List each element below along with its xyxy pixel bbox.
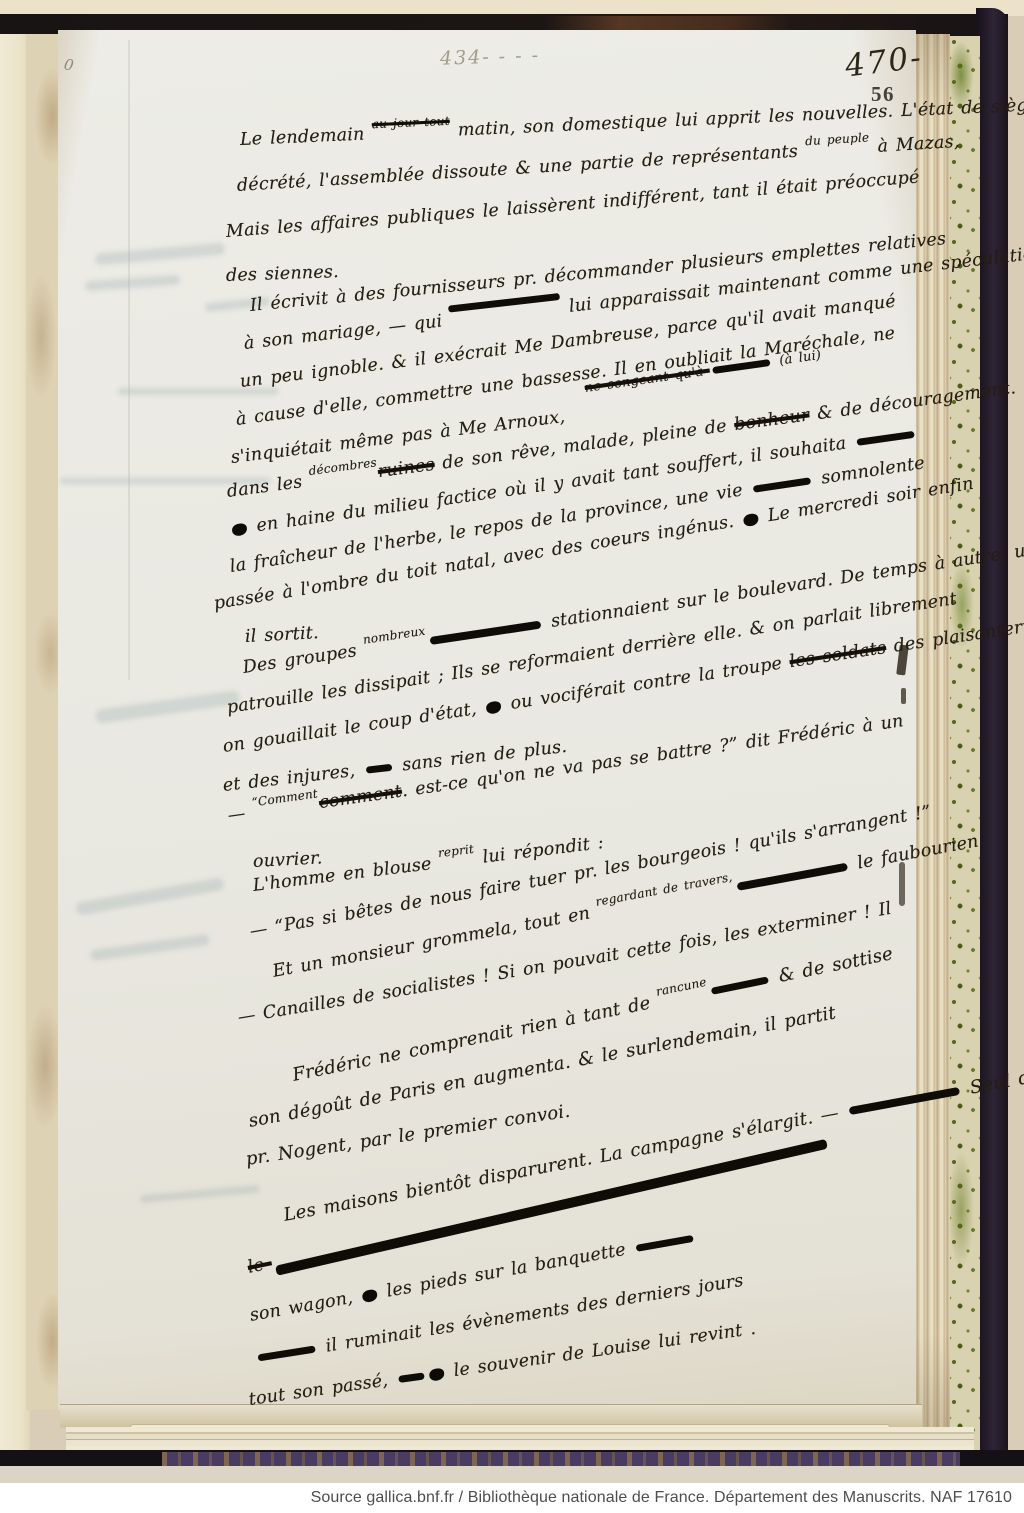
manuscript-text: des siennes. xyxy=(226,262,340,286)
obliterated-text xyxy=(398,1372,425,1383)
obliterated-text xyxy=(849,1087,961,1115)
interlinear-addition: du peuple xyxy=(805,130,870,148)
interlinear-addition: rancune xyxy=(655,975,708,999)
manuscript-line: tout son passé, le souvenir de Louise lu… xyxy=(248,1319,758,1410)
ink-blot xyxy=(361,1288,378,1302)
manuscript-text: des plaisanteries xyxy=(885,614,1024,658)
source-caption: Source gallica.bnf.fr / Bibliothèque nat… xyxy=(311,1483,1012,1513)
manuscript-text: Le lendemain xyxy=(240,124,373,150)
ink-blot xyxy=(429,1367,446,1381)
manuscript-line: son wagon, les pieds sur la banquette xyxy=(248,1227,698,1326)
manuscript-text: tout son passé, xyxy=(248,1369,397,1409)
manuscript-line: il sortit. xyxy=(244,623,319,647)
strikethrough-text: bonheur xyxy=(733,405,811,435)
obliterated-text xyxy=(636,1235,694,1252)
strikethrough-text: comment xyxy=(318,782,404,813)
manuscript-text: il sortit. xyxy=(244,623,319,647)
strikethrough-text: le xyxy=(246,1253,274,1277)
obliterated-text xyxy=(856,431,914,446)
manuscript-line: il ruminait les évènements des derniers … xyxy=(253,1271,745,1368)
strikethrough-text: au jour tout xyxy=(372,114,450,131)
scanned-manuscript-photo: 0 434- - - - 470- 56 Le lendemain au jou… xyxy=(0,0,1024,1513)
strikethrough-text: les soldats xyxy=(788,638,887,672)
manuscript-text: — xyxy=(227,803,255,826)
manuscript-text: & de sottise xyxy=(769,943,895,988)
obliterated-text xyxy=(448,293,560,313)
manuscript-line: des siennes. xyxy=(226,262,340,286)
manuscript-text: Seul dans xyxy=(960,1061,1024,1100)
interlinear-addition: reprit xyxy=(437,842,475,860)
manuscript-text: dans les xyxy=(226,471,312,502)
manuscript-text: à Mazas, xyxy=(869,132,960,157)
interlinear-addition: décombres xyxy=(308,455,378,478)
manuscript-text-layer: Le lendemain au jour tout matin, son dom… xyxy=(0,0,1024,1513)
manuscript-text: le faubourien xyxy=(848,831,980,874)
ink-blot xyxy=(485,700,502,714)
obliterated-text xyxy=(711,976,769,994)
manuscript-text: & de découragement. xyxy=(808,378,1017,425)
interlinear-addition: nombreux xyxy=(362,624,426,647)
obliterated-text xyxy=(753,477,811,492)
obliterated-text xyxy=(365,764,392,774)
obliterated-text xyxy=(429,620,541,644)
ink-blot xyxy=(743,512,760,526)
obliterated-text xyxy=(257,1345,315,1361)
strikethrough-text: ruines xyxy=(377,455,436,482)
manuscript-text: son wagon, xyxy=(248,1287,362,1326)
caption-bar: Source gallica.bnf.fr / Bibliothèque nat… xyxy=(0,1483,1024,1513)
manuscript-text: à son mariage, — qui xyxy=(243,311,451,354)
obliterated-text xyxy=(736,862,848,890)
ink-blot xyxy=(231,522,248,536)
